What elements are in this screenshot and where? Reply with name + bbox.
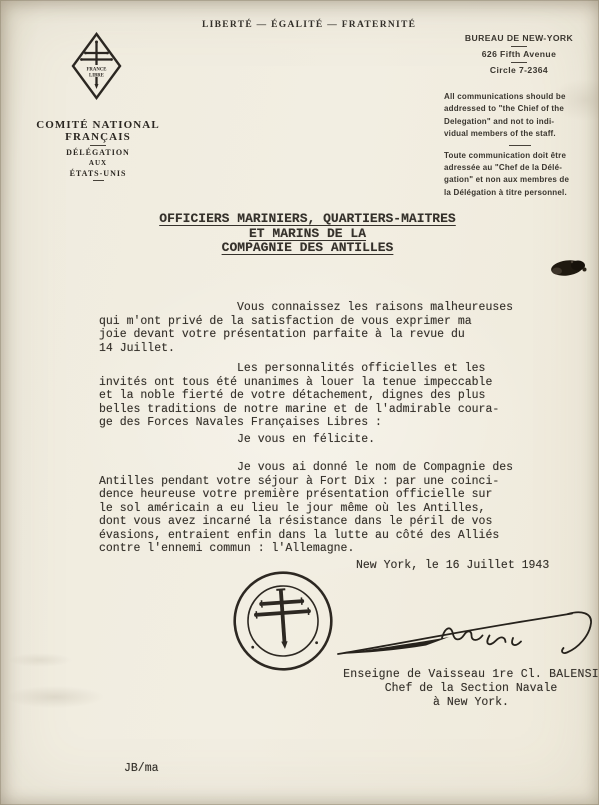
signatory-role: Chef de la Section Navale <box>338 682 599 696</box>
handwritten-signature <box>332 597 599 663</box>
notices-block: All communications should be addressed t… <box>444 91 596 199</box>
bureau-title: BUREAU DE NEW-YORK <box>443 33 595 43</box>
paragraph-4: Je vous ai donné le nom de Compagnie des… <box>99 461 513 556</box>
divider <box>511 46 527 47</box>
divider <box>90 145 106 146</box>
stamp-dot-right <box>315 641 318 644</box>
paragraph-3: Je vous en félicite. <box>99 433 375 447</box>
bureau-phone: Circle 7-2364 <box>443 65 595 75</box>
signatory-location: à New York. <box>338 696 599 710</box>
divider <box>93 180 104 181</box>
letter-title-line-2: ET MARINS DE LA <box>8 227 599 242</box>
motto: LIBERTÉ — ÉGALITÉ — FRATERNITÉ <box>202 20 416 30</box>
dateline: New York, le 16 Juillet 1943 <box>356 559 549 572</box>
bureau-address: 626 Fifth Avenue <box>443 49 595 59</box>
divider <box>509 145 531 146</box>
bureau-block: BUREAU DE NEW-YORK 626 Fifth Avenue Circ… <box>443 31 595 75</box>
letter-title-line-3: COMPAGNIE DES ANTILLES <box>8 241 599 256</box>
paragraph-2: Les personnalités officielles et les inv… <box>99 362 499 430</box>
divider <box>511 62 527 63</box>
typist-reference: JB/ma <box>124 762 159 775</box>
letter-title: OFFICIERS MARINIERS, QUARTIERS-MAITRES E… <box>8 212 599 256</box>
letter-title-line-1: OFFICIERS MARINIERS, QUARTIERS-MAITRES <box>8 212 599 227</box>
committee-name: COMITÉ NATIONAL FRANÇAIS <box>10 119 186 143</box>
stamp-cross-of-lorraine-icon <box>252 587 313 651</box>
france-libre-diamond-emblem: FRANCE LIBRE <box>71 32 122 100</box>
stamp-dot-left <box>251 646 254 649</box>
naval-stamp: FORCES NAVALES FRANÇAISES LIBRES <box>227 565 338 676</box>
notice-english: All communications should be addressed t… <box>444 91 596 141</box>
signature-block: Enseigne de Vaisseau 1re Cl. BALENSI Che… <box>338 668 599 711</box>
notice-french: Toute communication doit être adressée a… <box>444 150 596 200</box>
letter-page: LIBERTÉ — ÉGALITÉ — FRATERNITÉ FRANCE LI… <box>0 0 599 805</box>
committee-block: COMITÉ NATIONAL FRANÇAIS DÉLÉGATION AUX … <box>10 117 186 183</box>
emblem-text-libre: LIBRE <box>89 73 104 78</box>
signatory-name: Enseigne de Vaisseau 1re Cl. BALENSI <box>338 668 599 682</box>
emblem-text-france: FRANCE <box>87 68 107 73</box>
paragraph-1: Vous connaissez les raisons malheureuses… <box>99 301 513 355</box>
delegation-line-1: DÉLÉGATION <box>10 148 186 157</box>
delegation-line-3: ÉTATS-UNIS <box>10 169 186 178</box>
ink-blot <box>547 252 589 282</box>
delegation-line-2: AUX <box>10 159 186 167</box>
